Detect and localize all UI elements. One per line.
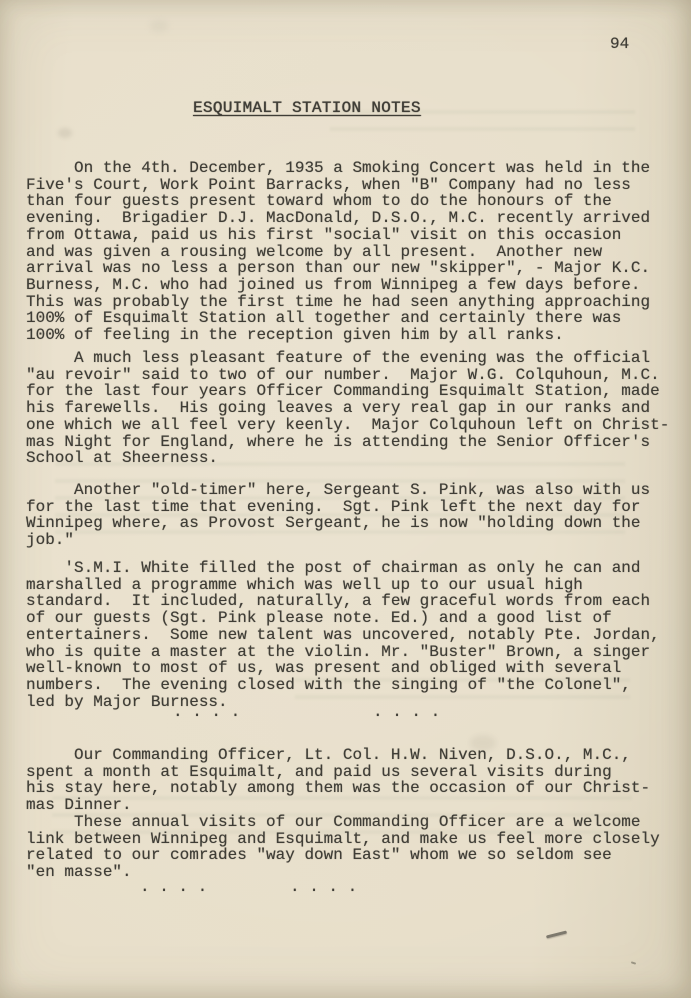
separator-dots: . . . .: [290, 879, 357, 896]
separator-dots: . . . .: [140, 879, 207, 896]
paragraph-smoking-concert: On the 4th. December, 1935 a Smoking Con…: [26, 160, 650, 344]
ink-speck: [631, 961, 636, 964]
paper-blotch: [150, 20, 168, 32]
paragraph-annual-visits: These annual visits of our Commanding Of…: [26, 814, 660, 881]
separator-dots: . . . .: [173, 704, 240, 721]
paper-blotch: [58, 128, 72, 138]
pencil-mark: [546, 931, 567, 939]
paragraph-sgt-pink: Another "old-timer" here, Sergeant S. Pi…: [26, 482, 650, 549]
paragraph-programme: 'S.M.I. White filled the post of chairma…: [26, 560, 660, 710]
paragraph-commanding-officer: Our Commanding Officer, Lt. Col. H.W. Ni…: [26, 747, 650, 814]
paragraph-farewells: A much less pleasant feature of the even…: [26, 350, 669, 467]
page-number: 94: [610, 36, 629, 53]
scanned-document-page: 94 ESQUIMALT STATION NOTES On the 4th. D…: [0, 0, 691, 998]
separator-dots: . . . .: [373, 704, 440, 721]
page-title: ESQUIMALT STATION NOTES: [193, 99, 421, 117]
